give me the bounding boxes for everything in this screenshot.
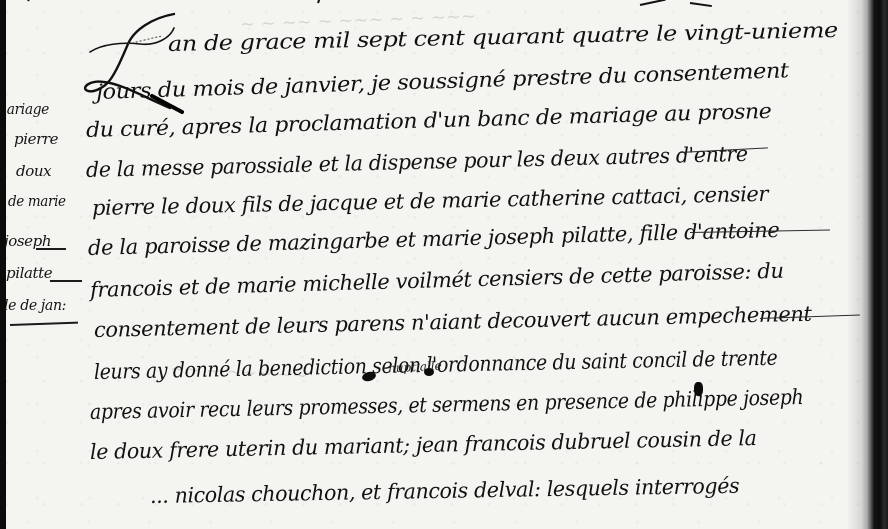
manuscript-page: ~ ~ ~~ ~ ~~~ ~ ~ ~~~ ~~ ~ ~~~ ~~ an de g…: [0, 0, 888, 529]
interlinear-insertion: nuptialle: [388, 359, 442, 376]
previous-entry-stroke: [640, 0, 666, 6]
margin-note-line-7: le de jan:: [4, 296, 66, 314]
record-line-2: jours du mois de janvier, je soussigné p…: [96, 58, 789, 104]
margin-note-line-2: pierre: [14, 130, 58, 148]
ink-blot: [694, 382, 703, 396]
margin-underline: [36, 248, 66, 250]
book-binding-edge: [866, 0, 888, 529]
page-curl-shadow: [846, 0, 868, 529]
ink-blot: [424, 368, 434, 376]
record-line-7: francois et de marie michelle voilmét ce…: [90, 259, 784, 302]
margin-note-line-6: pilatte: [6, 264, 52, 282]
record-line-4: de la messe parossiale et la dispense po…: [86, 142, 748, 182]
previous-entry-stroke: [317, 0, 322, 3]
record-line-6: de la paroisse de mazingarbe et marie jo…: [88, 218, 780, 260]
previous-entry-stroke: [690, 2, 712, 7]
record-line-8: consentement de leurs parens n'aiant dec…: [94, 302, 812, 342]
record-line-12: ... nicolas chouchon, et francois delval…: [150, 474, 740, 508]
margin-note-line-4: de marie: [8, 192, 66, 210]
previous-entry-stroke: [27, 0, 36, 2]
margin-note-line-3: doux: [16, 162, 51, 180]
record-line-5: pierre le doux fils de jacque et de mari…: [92, 182, 769, 220]
record-line-11: le doux frere uterin du mariant; jean fr…: [90, 426, 757, 464]
margin-note-line-1: mariage: [0, 100, 49, 118]
margin-underline: [50, 280, 82, 282]
scan-left-edge: [0, 0, 6, 529]
margin-underline: [10, 322, 78, 326]
